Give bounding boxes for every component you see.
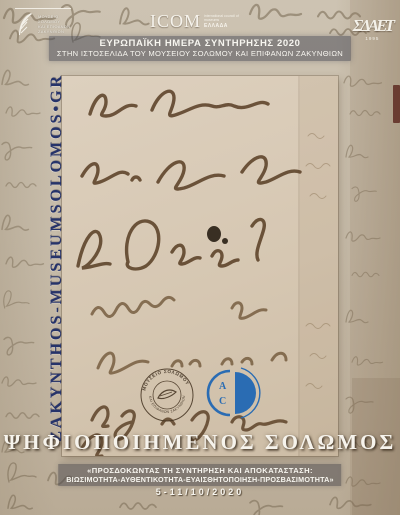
- association-logo: ΣΔΑΕΤ 1995: [353, 16, 392, 41]
- banner-event-title: ΕΥΡΩΠΑΪΚΗ ΗΜΕΡΑ ΣΥΝΤΗΡΗΣΗΣ 2020: [57, 38, 343, 49]
- theme-line1: «ΠΡΟΣΔΟΚΩΝΤΑΣ ΤΗ ΣΥΝΤΗΡΗΣΗ ΚΑΙ ΑΠΟΚΑΤΑΣΤ…: [66, 466, 333, 475]
- theme-line2: ΒΙΩΣΙΜΟΤΗΤΑ-ΑΥΘΕΝΤΙΚΟΤΗΤΑ-ΕΥΑΙΣΘΗΤΟΠΟΙΗΣ…: [66, 475, 333, 484]
- icom-wordmark: ICOM: [150, 12, 201, 30]
- event-banner: ΕΥΡΩΠΑΪΚΗ ΗΜΕΡΑ ΣΥΝΤΗΡΗΣΗΣ 2020 ΣΤΗΝ ΙΣΤ…: [49, 36, 351, 61]
- conservation-day-poster: ΜΟΥΣΕΙΟ ΣΟΛΩΜΟΥ ΚΑΙ ΕΠΙΦΑΝΩΝ ΖΑΚΥΝΘΙΩΝ I…: [0, 0, 400, 515]
- conservation-blue-logo: A C: [204, 364, 262, 422]
- feather-quill-icon: [15, 11, 35, 41]
- icom-country-label: ΕΛΛΑΔΑ: [204, 23, 250, 29]
- museum-round-stamp: ΜΟΥΣΕΙΟ ΣΟΛΩΜΟΥ ΚΑΙ ΕΠΙΦΑΝΩΝ ΖΑΚΥΝΘΙΩΝ: [138, 366, 196, 424]
- museum-logo-line: ΖΑΚΥΝΘΙΩΝ: [38, 29, 70, 34]
- icom-greece-logo: ICOM international council of museums ΕΛ…: [150, 12, 250, 30]
- theme-banner: «ΠΡΟΣΔΟΚΩΝΤΑΣ ΤΗ ΣΥΝΤΗΡΗΣΗ ΚΑΙ ΑΠΟΚΑΤΑΣΤ…: [58, 464, 341, 486]
- museum-website-vertical-text: ZAKYNTHOS-MUSEUMSOLOMOS•GR: [42, 66, 72, 450]
- stamp-text-top: ΜΟΥΣΕΙΟ ΣΟΛΩΜΟΥ: [141, 369, 190, 391]
- logo-rule: [15, 8, 71, 9]
- banner-event-subtitle: ΣΤΗΝ ΙΣΤΟΣΕΛΙΔΑ ΤΟΥ ΜΟΥΣΕΙΟΥ ΣΟΛΩΜΟΥ ΚΑΙ…: [57, 49, 343, 58]
- poster-title: ΨΗΦΙΟΠΟΙΗΜΕΝΟΣ ΣΟΛΩΜΟΣ: [0, 430, 400, 455]
- manuscript-photo: [62, 76, 338, 456]
- manuscript-ink-strokes: [62, 76, 338, 456]
- maroon-edge-strip: [393, 85, 400, 123]
- association-acronym: ΣΔΑΕΤ: [353, 16, 392, 36]
- association-year: 1995: [353, 36, 392, 41]
- blue-logo-letter-a: A: [219, 381, 227, 392]
- icom-caption: international council of museums: [204, 14, 250, 22]
- svg-text:ΜΟΥΣΕΙΟ ΣΟΛΩΜΟΥ: ΜΟΥΣΕΙΟ ΣΟΛΩΜΟΥ: [141, 369, 190, 391]
- blue-logo-letter-c: C: [219, 396, 226, 407]
- event-dates: 5-11/10/2020: [0, 487, 400, 497]
